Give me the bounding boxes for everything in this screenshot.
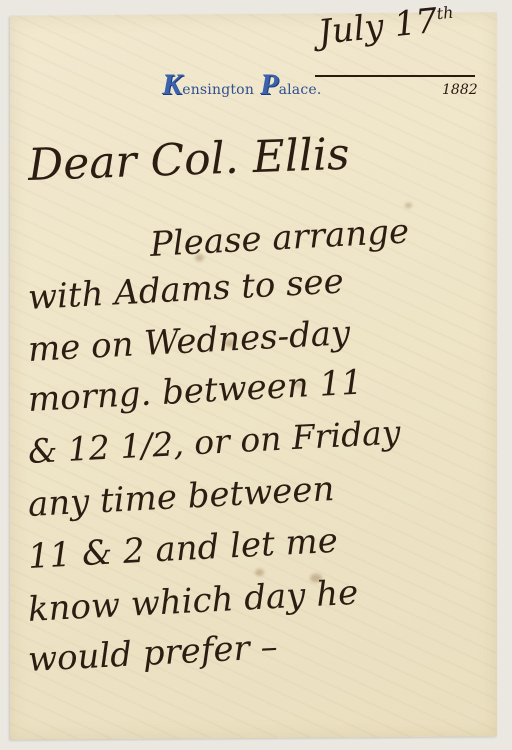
letterhead-word-1: ensington	[182, 82, 254, 98]
letterhead: K ensington P alace.	[162, 70, 328, 100]
year: 1882	[442, 82, 478, 98]
date-underline	[315, 75, 475, 77]
letterhead-initial-p: P	[260, 70, 279, 100]
letterhead-word-2: alace.	[279, 82, 322, 98]
ink-stain	[255, 569, 264, 576]
letterhead-initial-k: K	[162, 70, 182, 100]
ink-stain	[405, 203, 412, 208]
